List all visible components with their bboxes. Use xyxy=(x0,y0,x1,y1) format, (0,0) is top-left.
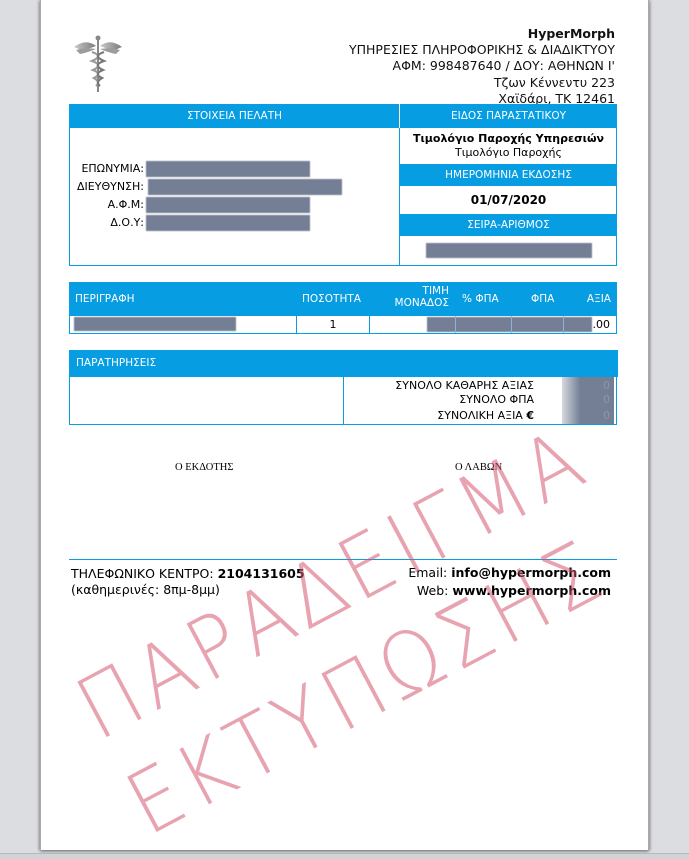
col-quantity: ΠΟΣΟΤΗΤΑ xyxy=(302,293,361,305)
client-field-address: ΔΙΕΥΘΥΝΣΗ: xyxy=(70,179,399,197)
net-total-label: ΣΥΝΟΛΟ ΚΑΘΑΡΗΣ ΑΞΙΑΣ xyxy=(395,379,534,392)
client-header: ΣΤΟΙΧΕΙΑ ΠΕΛΑΤΗ xyxy=(70,104,399,128)
document-type: Τιμολόγιο Παροχής Υπηρεσιών Τιμολόγιο Πα… xyxy=(400,128,617,164)
footer-divider xyxy=(69,559,617,560)
client-document-box: ΣΤΟΙΧΕΙΑ ΠΕΛΑΤΗ ΕΙΔΟΣ ΠΑΡΑΣΤΑΤΙΚΟΥ ΕΠΩΝΥ… xyxy=(69,104,617,266)
divider xyxy=(563,316,564,333)
series-number-value xyxy=(426,243,592,258)
col-value: ΑΞΙΑ xyxy=(587,293,611,305)
document-type-header: ΕΙΔΟΣ ΠΑΡΑΣΤΑΤΙΚΟΥ xyxy=(400,104,617,128)
web-label: Web: xyxy=(417,583,448,598)
col-vat-pct: % ΦΠΑ xyxy=(462,293,499,305)
notes-totals-box: ΠΑΡΑΤΗΡΗΣΕΙΣ ΣΥΝΟΛΟ ΚΑΘΑΡΗΣ ΑΞΙΑΣ ΣΥΝΟΛΟ… xyxy=(69,350,617,425)
document-type-subtitle: Τιμολόγιο Παροχής xyxy=(400,146,617,160)
company-name: HyperMorph xyxy=(349,26,615,42)
totals-values: 0 0 0 xyxy=(562,377,614,424)
web-link[interactable]: www.hypermorph.com xyxy=(452,583,611,598)
currency-symbol: € xyxy=(526,409,534,422)
item-description xyxy=(74,317,236,331)
email-link[interactable]: info@hypermorph.com xyxy=(451,565,611,580)
footer-contact: ΤΗΛΕΦΩΝΙΚΟ ΚΕΝΤΡΟ: 2104131605 (καθημεριν… xyxy=(71,566,305,598)
client-field-vat: Α.Φ.Μ: xyxy=(70,197,399,215)
item-value: .00 xyxy=(593,318,611,331)
col-unit-price-line2: ΜΟΝΑΔΟΣ xyxy=(395,297,449,309)
document-type-title: Τιμολόγιο Παροχής Υπηρεσιών xyxy=(400,132,617,146)
col-description: ΠΕΡΙΓΡΑΦΗ xyxy=(75,293,134,305)
divider xyxy=(455,316,456,333)
grand-total-text: ΣΥΝΟΛΙΚΗ ΑΞΙΑ xyxy=(437,409,523,422)
notes-header: ΠΑΡΑΤΗΡΗΣΕΙΣ xyxy=(70,350,618,377)
client-name-value xyxy=(146,161,310,177)
footer-online: Email: info@hypermorph.com Web: www.hype… xyxy=(408,564,611,600)
caduceus-icon xyxy=(70,32,126,94)
issue-date-header: ΗΜΕΡΟΜΗΝΙΑ ΕΚΔΟΣΗΣ xyxy=(400,164,617,186)
issuer-signature-label: Ο ΕΚΔΟΤΗΣ xyxy=(175,462,233,473)
divider xyxy=(369,316,370,333)
divider xyxy=(343,377,344,424)
receiver-signature-label: Ο ΛΑΒΩΝ xyxy=(455,462,502,473)
table-row: 1 .00 xyxy=(69,315,617,334)
company-street: Τζων Κέννεντυ 223 xyxy=(349,75,615,91)
series-number xyxy=(400,236,617,264)
company-tax-info: ΑΦΜ: 998487640 / ΔΟΥ: ΑΘΗΝΩΝ Ι' xyxy=(349,58,615,74)
items-table: ΠΕΡΙΓΡΑΦΗ ΠΟΣΟΤΗΤΑ ΤΙΜΗ ΜΟΝΑΔΟΣ % ΦΠΑ ΦΠ… xyxy=(69,282,617,334)
client-vat-label: Α.Φ.Μ: xyxy=(108,198,144,211)
company-activity: ΥΠΗΡΕΣΙΕΣ ΠΛΗΡΟΦΟΡΙΚΗΣ & ΔΙΑΔΙΚΤΥΟΥ xyxy=(349,42,615,58)
client-tax-office-value xyxy=(146,215,310,231)
series-header: ΣΕΙΡΑ-ΑΡΙΘΜΟΣ xyxy=(400,214,617,236)
client-field-tax-office: Δ.Ο.Υ: xyxy=(70,215,399,233)
vat-total-value: 0 xyxy=(603,393,610,406)
client-vat-value xyxy=(146,197,310,213)
client-field-name: ΕΠΩΝΥΜΙΑ: xyxy=(70,161,399,179)
phone-number: 2104131605 xyxy=(218,566,305,581)
email-label: Email: xyxy=(408,565,447,580)
grand-total-value: 0 xyxy=(603,409,610,422)
divider xyxy=(511,316,512,333)
vat-total-label: ΣΥΝΟΛΟ ΦΠΑ xyxy=(459,393,534,406)
item-amounts xyxy=(427,317,592,332)
company-info: HyperMorph ΥΠΗΡΕΣΙΕΣ ΠΛΗΡΟΦΟΡΙΚΗΣ & ΔΙΑΔ… xyxy=(349,26,615,107)
col-unit-price: ΤΙΜΗ ΜΟΝΑΔΟΣ xyxy=(395,285,449,309)
business-hours: (καθημερινές: 8πμ-8μμ) xyxy=(71,582,305,598)
issue-date: 01/07/2020 xyxy=(400,186,617,214)
net-total-value: 0 xyxy=(603,379,610,392)
grand-total-label: ΣΥΝΟΛΙΚΗ ΑΞΙΑ € xyxy=(437,409,534,422)
col-unit-price-line1: ΤΙΜΗ xyxy=(395,285,449,297)
client-name-label: ΕΠΩΝΥΜΙΑ: xyxy=(81,162,144,175)
items-header: ΠΕΡΙΓΡΑΦΗ ΠΟΣΟΤΗΤΑ ΤΙΜΗ ΜΟΝΑΔΟΣ % ΦΠΑ ΦΠ… xyxy=(69,282,617,315)
client-address-value xyxy=(148,179,342,195)
col-vat: ΦΠΑ xyxy=(531,293,554,305)
item-quantity: 1 xyxy=(297,318,369,331)
viewer-bottom-bar xyxy=(0,853,689,859)
client-tax-office-label: Δ.Ο.Υ: xyxy=(110,216,144,229)
phone-label: ΤΗΛΕΦΩΝΙΚΟ ΚΕΝΤΡΟ: xyxy=(71,566,214,581)
client-address-label: ΔΙΕΥΘΥΝΣΗ: xyxy=(77,180,144,193)
